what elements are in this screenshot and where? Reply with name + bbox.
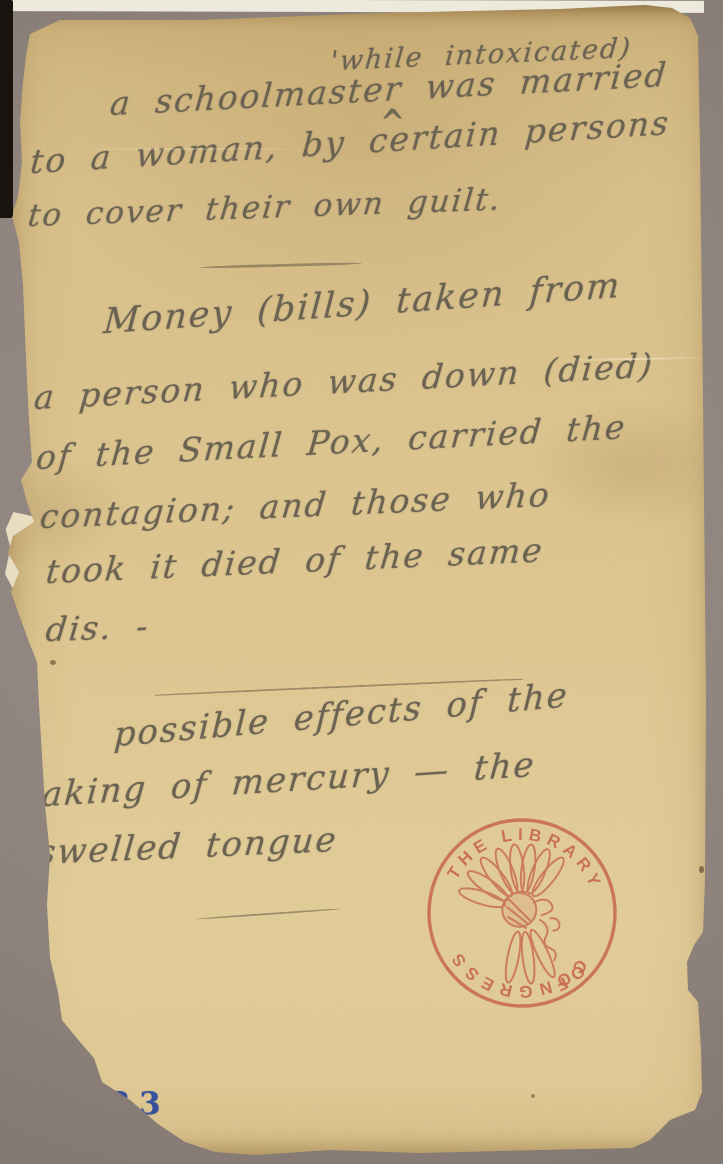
manuscript-line-5: a person who was down (died) [33,346,656,418]
svg-text:THE LIBRARY: THE LIBRARY [443,818,611,895]
stamp-text-top: THE LIBRARY [443,818,611,895]
manuscript-line-12: swelled tongue [36,820,340,873]
manuscript-line-7: contagion; and those who [38,475,552,537]
paper-sheet: 'while intoxicated) ^ a schoolmaster was… [0,0,723,1164]
section-divider-1 [200,262,362,269]
manuscript-line-6: of the Small Pox, carried the [35,407,629,477]
stamp-text-bottom: CONGRESS [441,944,591,1008]
catalog-number-stamp: 833 [78,1086,170,1122]
manuscript-line-3: to cover their own guilt. [26,181,503,234]
paper-speck [531,1094,535,1098]
svg-text:CONGRESS: CONGRESS [441,944,591,1008]
manuscript-line-11: taking of mercury — the [25,745,537,816]
library-of-congress-stamp: THE LIBRARY OF CONGRESS [422,810,622,1016]
film-edge-bar [0,0,13,218]
scanned-document-page: 'while intoxicated) ^ a schoolmaster was… [0,0,723,1164]
manuscript-line-8: took it died of the same [44,530,545,591]
manuscript-line-4: Money (bills) taken from [102,266,622,342]
manuscript-line-9: dis. - [44,606,152,649]
paper-speck [699,866,704,873]
paper-speck [50,660,56,665]
section-divider-3 [196,908,342,920]
